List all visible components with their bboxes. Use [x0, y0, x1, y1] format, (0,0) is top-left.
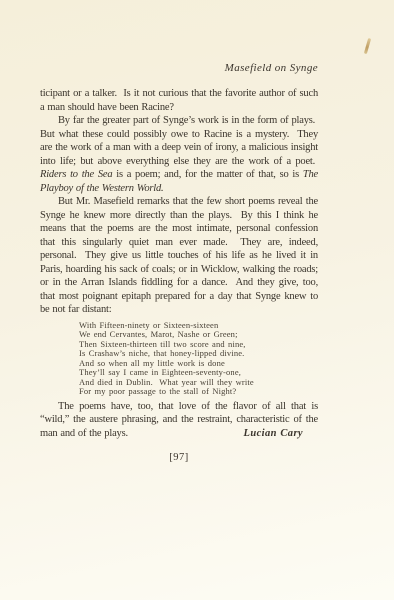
paragraphs: ticipant or a talker. Is it not curious …	[40, 87, 318, 317]
text-segment: is a poem; and, for the matter of that, …	[112, 169, 302, 180]
paragraph: By far the greater part of Synge’s work …	[40, 114, 318, 195]
paragraph: ticipant or a talker. Is it not curious …	[40, 87, 318, 114]
attribution: Lucian Cary	[226, 427, 303, 441]
paragraph: But Mr. Masefield remarks that the few s…	[40, 195, 318, 317]
closing-paragraph: Lucian Cary The poems have, too, that lo…	[40, 400, 318, 441]
italic-text-segment: Riders to the Sea	[40, 169, 112, 180]
pen-mark	[364, 38, 371, 54]
poem-line: For my poor passage to the stall of Nigh…	[79, 387, 318, 397]
running-head-title: Masefield on Synge	[40, 62, 318, 74]
text-segment: By far the greater part of Synge’s work …	[40, 115, 318, 167]
text-block: ticipant or a talker. Is it not curious …	[40, 87, 318, 463]
book-page: Masefield on Synge ticipant or a talker.…	[0, 0, 394, 600]
text-segment: ticipant or a talker. Is it not curious …	[40, 88, 318, 113]
poem: With Fifteen-ninety or Sixteen-sixteenWe…	[79, 321, 318, 397]
page-number: [97]	[40, 452, 318, 463]
text-segment: But Mr. Masefield remarks that the few s…	[40, 196, 318, 315]
